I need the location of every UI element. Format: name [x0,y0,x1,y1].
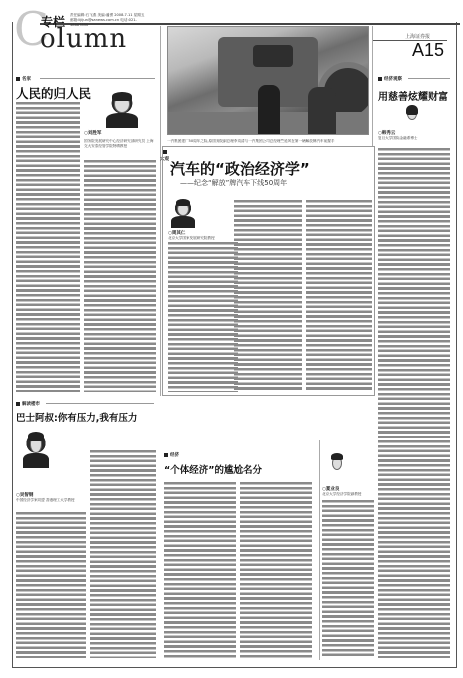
article-title: 人民的归人民 [16,84,91,102]
photo-truck-window [253,45,293,67]
section-tag: 名家 [16,76,31,82]
paper-name: 上海证券报 [405,33,430,40]
author-portrait [400,102,424,130]
photo-person-left [258,85,280,135]
article-title: 用慈善炫耀财富 [378,88,448,103]
article-body [84,160,156,392]
masthead-word: olumn [40,26,127,52]
section-label: 经济观察 [384,76,402,82]
section-rule [408,78,450,79]
page-number: A15 [412,40,444,61]
column-divider [160,26,161,396]
section-label: 名家 [22,76,31,82]
section-rule [46,403,154,404]
article-title: 巴士阿叔:你有压力,我有压力 [16,410,137,424]
square-bullet-icon [16,77,20,81]
article-body [16,102,80,392]
lower-region [12,442,457,668]
column-divider [372,26,373,146]
lead-photo [167,26,369,135]
section-rule [40,78,155,79]
author-desc: 复旦大学国际金融系博士 [378,136,450,141]
author-name: ○刘胜军 [84,130,101,136]
photo-person-right [308,87,336,135]
square-bullet-icon [16,402,20,406]
author-portrait [102,88,142,128]
section-tag: 经济观察 [378,76,402,82]
photo-caption: 一汽集团建厂50周年之际,原国务院副总理李岚清与一汽集团公司总经理竺延风在第一辆… [167,139,369,144]
section-tag: 解读楼市 [16,401,40,407]
author-desc: 国务院发展研究中心经济研究部研究员 上海交大安泰经管学院特聘教授 [84,139,154,149]
square-bullet-icon [378,77,382,81]
section-label: 解读楼市 [22,401,40,407]
feature-box [162,146,375,396]
article-body [378,148,450,438]
